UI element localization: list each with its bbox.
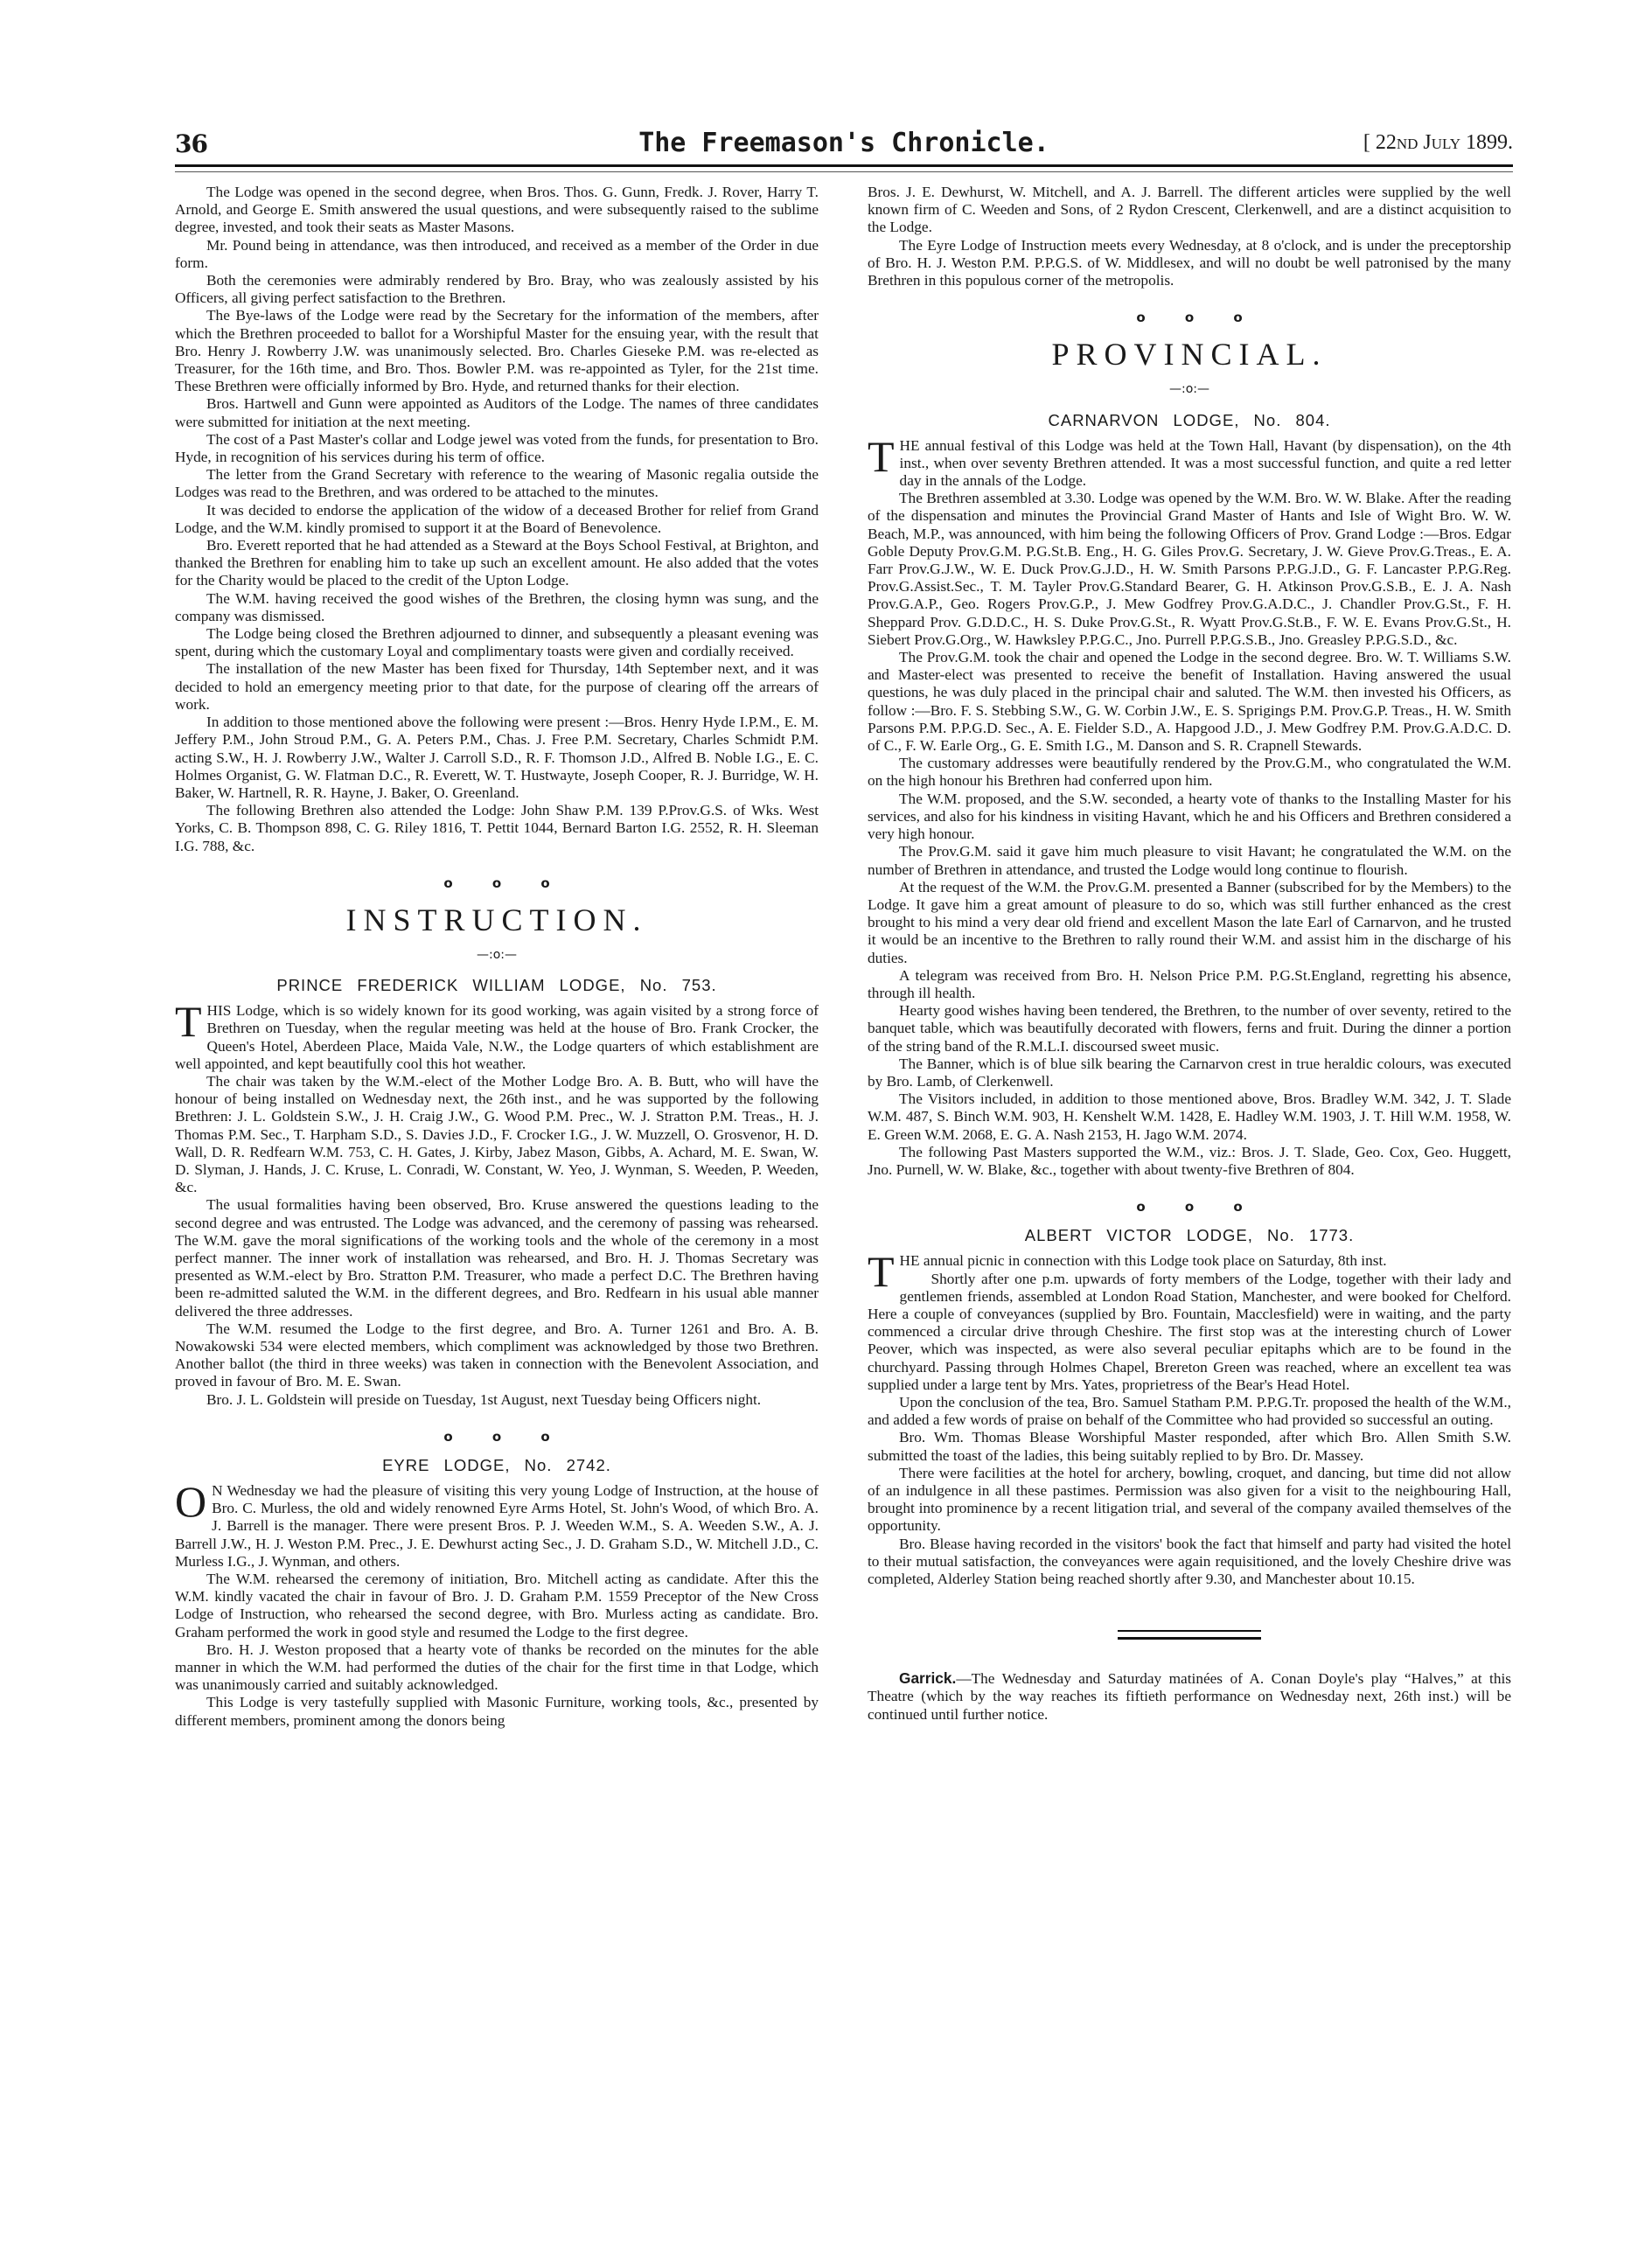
paragraph: Bro. Blease having recorded in the visit… [868, 1536, 1511, 1589]
paragraph: The Prov.G.M. took the chair and opened … [868, 649, 1511, 755]
section-ornament: o o o [868, 309, 1511, 326]
article-albert-victor-lodge: ALBERT VICTOR LODGE, No. 1773. THE annua… [868, 1226, 1511, 1588]
paragraph: The chair was taken by the W.M.-elect of… [175, 1073, 819, 1196]
paragraph: The Lodge being closed the Brethren adjo… [175, 625, 819, 660]
paragraph: The W.M. rehearsed the ceremony of initi… [175, 1571, 819, 1641]
section-title-instruction: INSTRUCTION. [175, 902, 819, 937]
paragraph: In addition to those mentioned above the… [175, 714, 819, 802]
paragraph: It was decided to endorse the applicatio… [175, 502, 819, 537]
section-ornament: o o o [175, 874, 819, 892]
right-column: Bros. J. E. Dewhurst, W. Mitchell, and A… [868, 184, 1511, 1724]
article-heading: EYRE LODGE, No. 2742. [175, 1456, 819, 1475]
paragraph: The Eyre Lodge of Instruction meets ever… [868, 237, 1511, 290]
paragraph: Bro. Wm. Thomas Blease Worshipful Master… [868, 1429, 1511, 1464]
publication-title: The Freemason's Chronicle. [175, 128, 1513, 158]
paragraph: This Lodge is very tastefully supplied w… [175, 1694, 819, 1729]
paragraph: Upon the conclusion of the tea, Bro. Sam… [868, 1394, 1511, 1429]
drop-cap: O [175, 1484, 206, 1519]
paragraph: There were facilities at the hotel for a… [868, 1465, 1511, 1536]
paragraph: THE annual festival of this Lodge was he… [868, 437, 1511, 491]
article-prince-frederick-william-lodge: PRINCE FREDERICK WILLIAM LODGE, No. 753.… [175, 976, 819, 1409]
paragraph: The Brethren assembled at 3.30. Lodge wa… [868, 490, 1511, 649]
paragraph: THE annual picnic in connection with thi… [868, 1252, 1511, 1270]
paragraph: Bro. Everett reported that he had attend… [175, 537, 819, 590]
paragraph: THIS Lodge, which is so widely known for… [175, 1002, 819, 1073]
paragraph: The usual formalities having been observ… [175, 1196, 819, 1320]
paragraph: The letter from the Grand Secretary with… [175, 466, 819, 501]
paragraph: Hearty good wishes having been tendered,… [868, 1002, 1511, 1055]
paragraph: Bros. Hartwell and Gunn were appointed a… [175, 395, 819, 430]
masthead-rule [175, 164, 1513, 172]
paragraph: Bros. J. E. Dewhurst, W. Mitchell, and A… [868, 184, 1511, 237]
paragraph: The cost of a Past Master's collar and L… [175, 431, 819, 466]
section-title-provincial: PROVINCIAL. [868, 337, 1511, 372]
article-heading: PRINCE FREDERICK WILLIAM LODGE, No. 753. [175, 976, 819, 995]
article-heading: CARNARVON LODGE, No. 804. [868, 411, 1511, 430]
paragraph: Both the ceremonies were admirably rende… [175, 272, 819, 307]
paragraph: The Prov.G.M. said it gave him much plea… [868, 843, 1511, 878]
paragraph-text: N Wednesday we had the pleasure of visit… [175, 1482, 819, 1570]
paragraph: ON Wednesday we had the pleasure of visi… [175, 1482, 819, 1571]
paragraph: Bro. J. L. Goldstein will preside on Tue… [175, 1391, 819, 1409]
left-column: The Lodge was opened in the second degre… [175, 184, 819, 1730]
paragraph: Bro. H. J. Weston proposed that a hearty… [175, 1641, 819, 1695]
paragraph: The Banner, which is of blue silk bearin… [868, 1055, 1511, 1090]
garrick-lead: Garrick. [899, 1669, 956, 1687]
article-heading: ALBERT VICTOR LODGE, No. 1773. [868, 1226, 1511, 1245]
paragraph: The following Past Masters supported the… [868, 1144, 1511, 1179]
section-ornament: o o o [175, 1428, 819, 1445]
eyre-lodge-continued: Bros. J. E. Dewhurst, W. Mitchell, and A… [868, 184, 1511, 289]
paragraph: At the request of the W.M. the Prov.G.M.… [868, 879, 1511, 967]
paragraph: The Visitors included, in addition to th… [868, 1090, 1511, 1144]
article-carnarvon-lodge: CARNARVON LODGE, No. 804. THE annual fes… [868, 411, 1511, 1180]
paragraph: The W.M. resumed the Lodge to the first … [175, 1320, 819, 1391]
garrick-text: —The Wednesday and Saturday matinées of … [868, 1670, 1511, 1722]
section-divider: —:o:— [868, 380, 1511, 398]
drop-cap: T [868, 1254, 895, 1289]
section-divider: —:o:— [175, 946, 819, 964]
paragraph: A telegram was received from Bro. H. Nel… [868, 967, 1511, 1002]
paragraph: Shortly after one p.m. upwards of forty … [868, 1271, 1511, 1394]
paragraph-text: HE annual picnic in connection with this… [900, 1252, 1387, 1269]
paragraph-text: HIS Lodge, which is so widely known for … [175, 1002, 819, 1072]
paragraph: The installation of the new Master has b… [175, 660, 819, 714]
drop-cap: T [868, 439, 895, 474]
drop-cap: T [175, 1004, 202, 1039]
paragraph: The Lodge was opened in the second degre… [175, 184, 819, 237]
article-eyre-lodge: EYRE LODGE, No. 2742. ON Wednesday we ha… [175, 1456, 819, 1730]
section-ornament: o o o [868, 1198, 1511, 1216]
paragraph-text: HE annual festival of this Lodge was hel… [900, 437, 1511, 489]
paragraph: The customary addresses were beautifully… [868, 755, 1511, 790]
paragraph: The Bye-laws of the Lodge were read by t… [175, 307, 819, 395]
garrick-notice: Garrick.—The Wednesday and Saturday mati… [868, 1669, 1511, 1724]
lodge-report-continued: The Lodge was opened in the second degre… [175, 184, 819, 855]
paragraph: The W.M. proposed, and the S.W. seconded… [868, 791, 1511, 844]
masthead: 36 The Freemason's Chronicle. [ 22nd Jul… [175, 122, 1513, 161]
end-rule [1118, 1630, 1261, 1640]
issue-date: [ 22nd July 1899. [1363, 131, 1513, 155]
paragraph: The W.M. having received the good wishes… [175, 590, 819, 625]
paragraph: The following Brethren also attended the… [175, 802, 819, 855]
paragraph: Mr. Pound being in attendance, was then … [175, 237, 819, 272]
